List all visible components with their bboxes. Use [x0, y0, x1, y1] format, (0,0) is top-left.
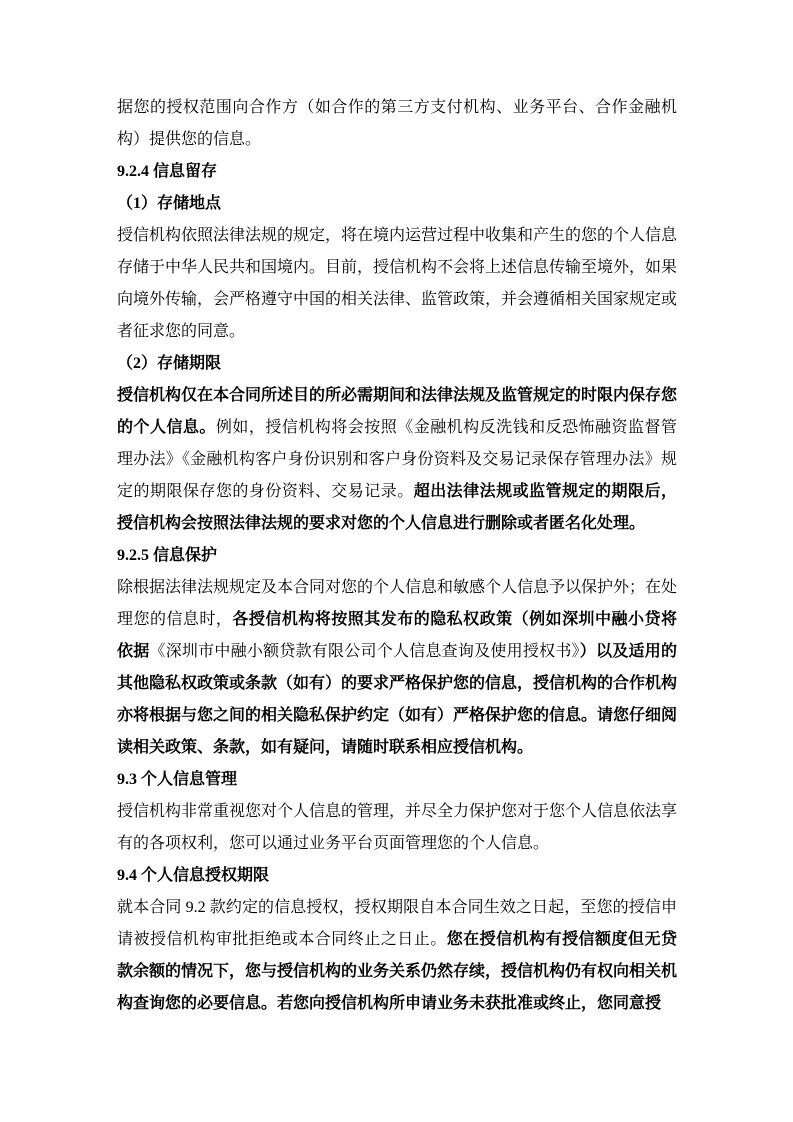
- authorization-period-paragraph: 就本合同 9.2 款约定的信息授权，授权期限自本合同生效之日起，至您的授信申请被…: [117, 892, 677, 1020]
- document-page: 据您的授权范围向合作方（如合作的第三方支付机构、业务平台、合作金融机构）提供您的…: [0, 0, 793, 1122]
- section-heading-924: 9.2.4 信息留存: [117, 156, 677, 188]
- intro-paragraph: 据您的授权范围向合作方（如合作的第三方支付机构、业务平台、合作金融机构）提供您的…: [117, 92, 677, 156]
- section-heading-925: 9.2.5 信息保护: [117, 540, 677, 572]
- text-run: 《深圳市中融小额贷款有限公司个人信息查询及使用授权书》: [149, 643, 579, 660]
- storage-period-paragraph: 授信机构仅在本合同所述目的所必需期间和法律法规及监管规定的时限内保存您的个人信息…: [117, 380, 677, 540]
- subheading-storage-location: （1）存储地点: [117, 188, 677, 220]
- section-heading-93: 9.3 个人信息管理: [117, 764, 677, 796]
- storage-location-paragraph: 授信机构依照法律法规的规定，将在境内运营过程中收集和产生的您的个人信息存储于中华…: [117, 220, 677, 348]
- information-protection-paragraph: 除根据法律法规规定及本合同对您的个人信息和敏感个人信息予以保护外；在处理您的信息…: [117, 572, 677, 764]
- section-heading-94: 9.4 个人信息授权期限: [117, 860, 677, 892]
- document-body: 据您的授权范围向合作方（如合作的第三方支付机构、业务平台、合作金融机构）提供您的…: [117, 92, 677, 1020]
- information-management-paragraph: 授信机构非常重视您对个人信息的管理，并尽全力保护您对于您个人信息依法享有的各项权…: [117, 796, 677, 860]
- subheading-storage-period: （2）存储期限: [117, 348, 677, 380]
